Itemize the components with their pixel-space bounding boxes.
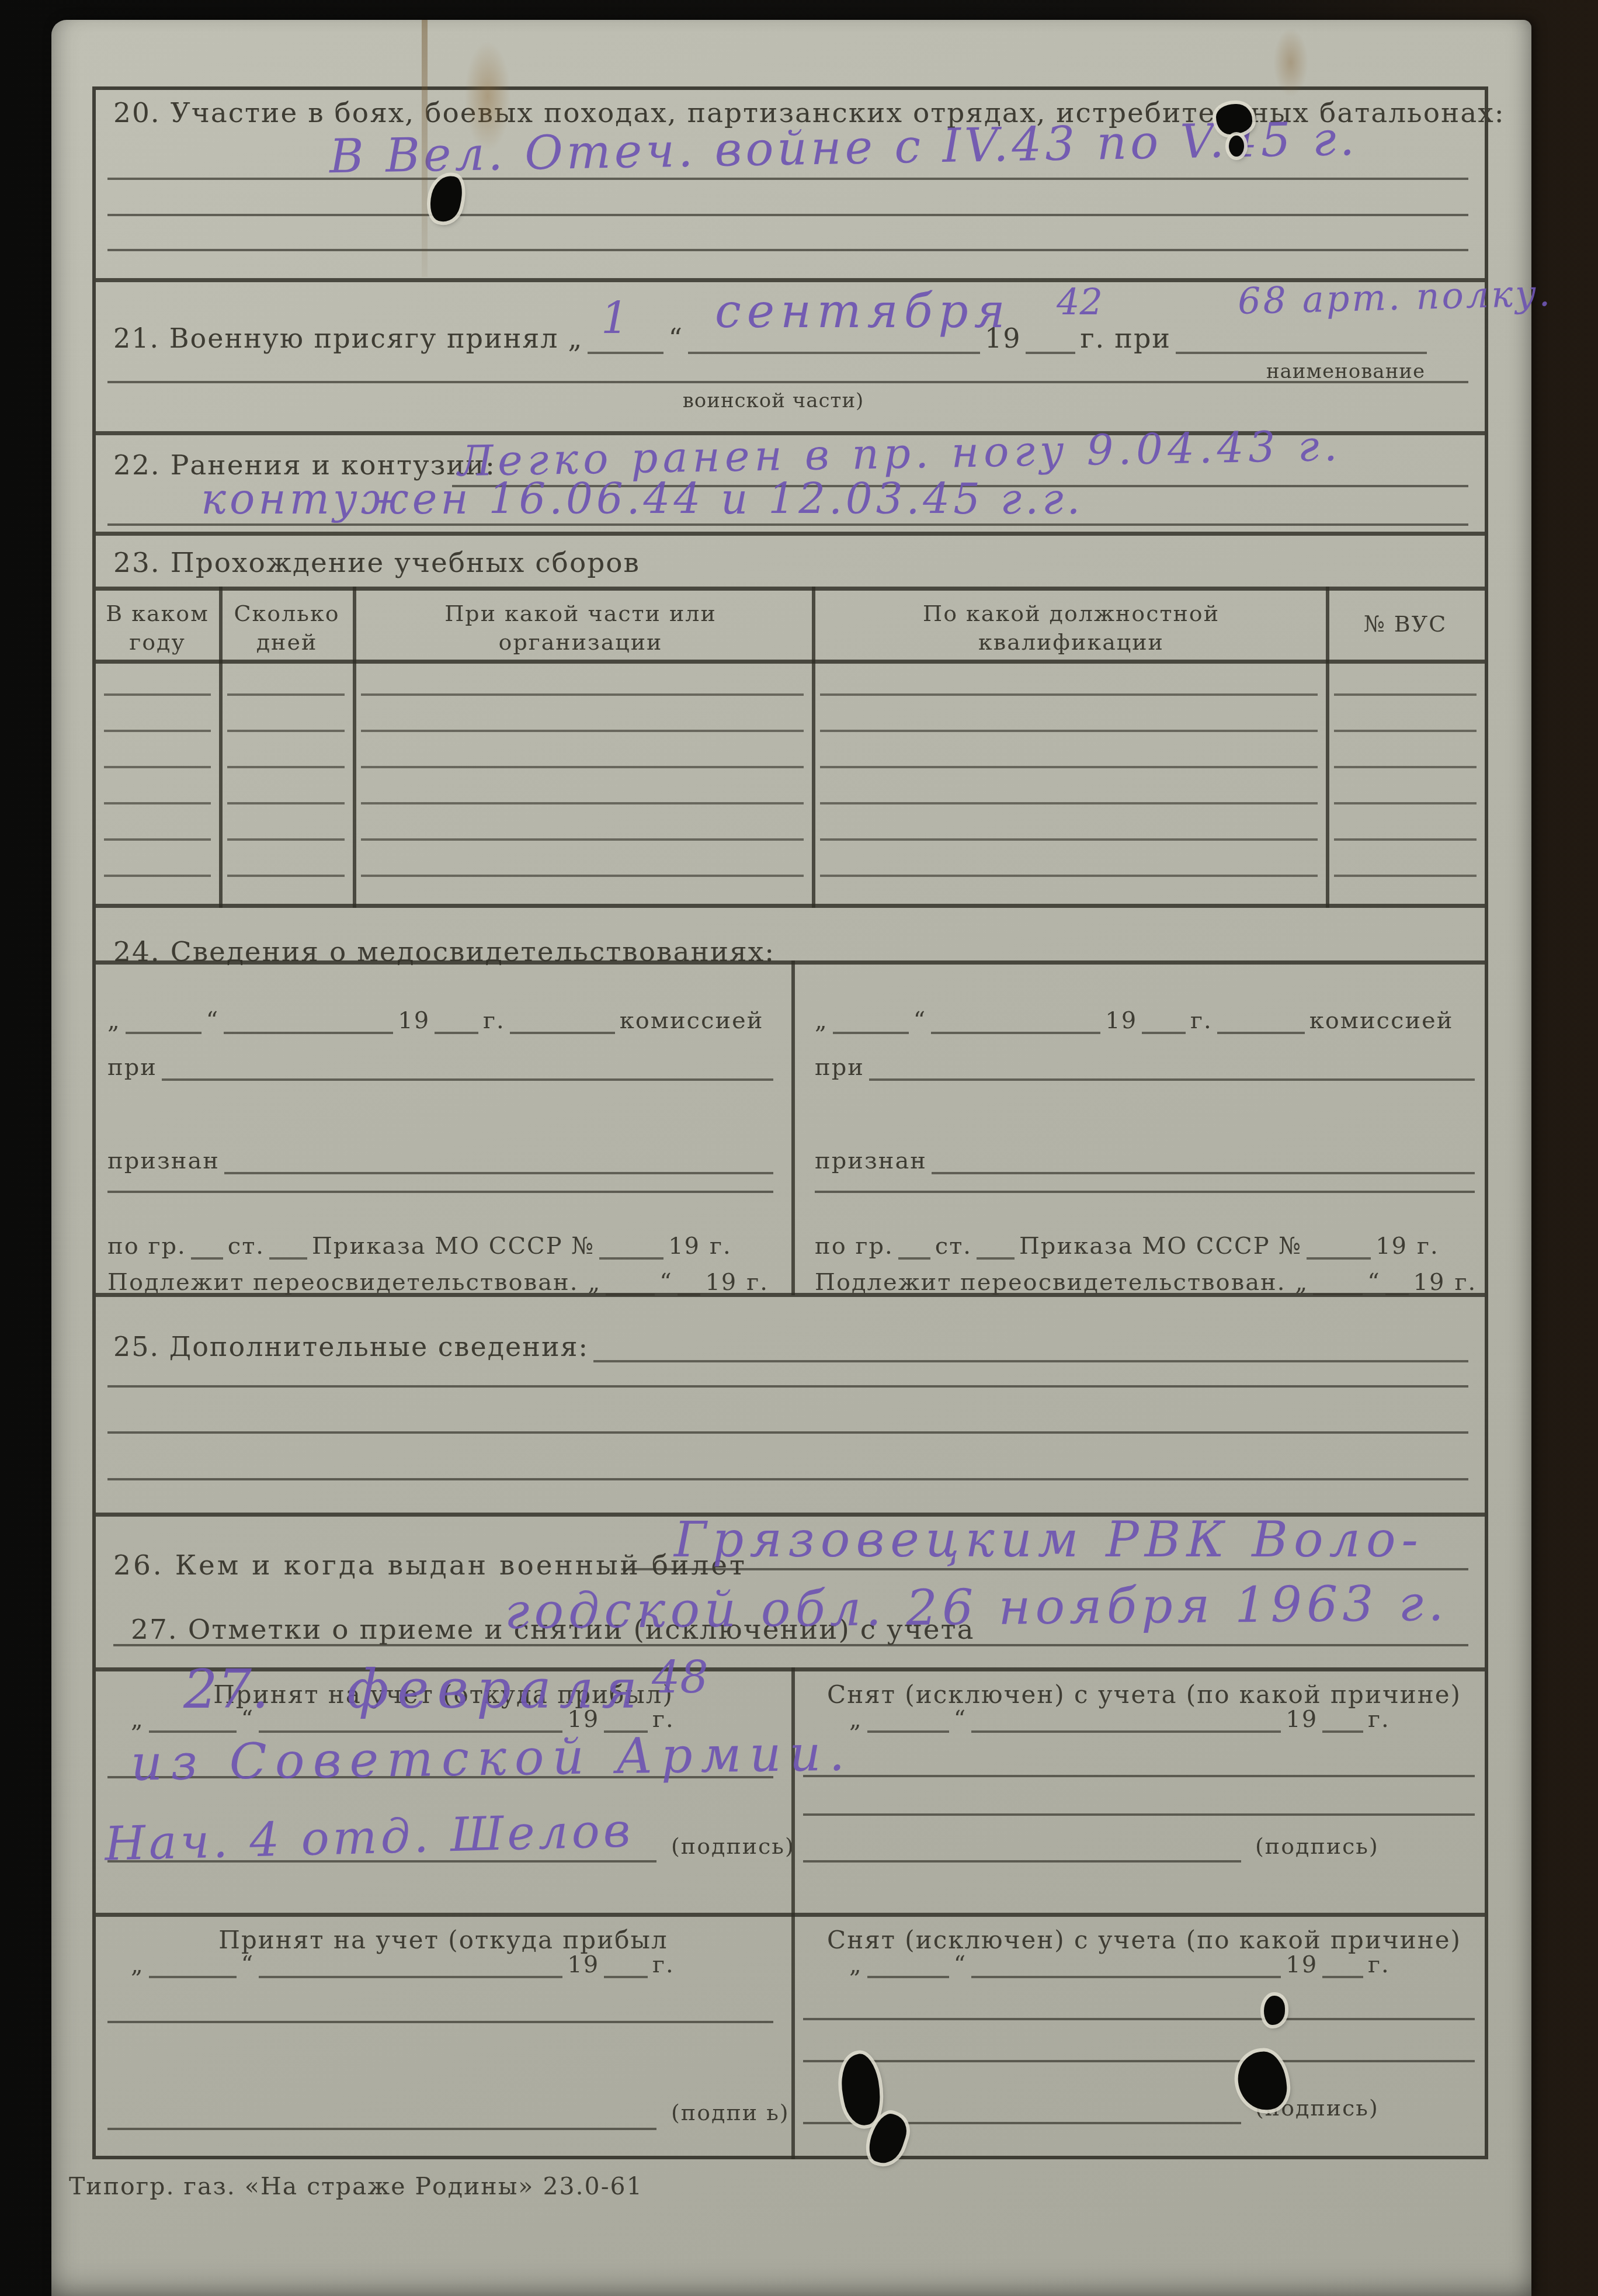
ruled-line (107, 1385, 1468, 1388)
blank (149, 1725, 237, 1733)
scanned-military-card-back: 20. Участие в боях, боевых походах, парт… (0, 0, 1598, 2296)
ruled-line (803, 1813, 1475, 1816)
column-ruled-lines (1334, 660, 1477, 904)
med-priznan-row: признан (815, 1142, 1475, 1174)
hw-issued-by-line2: годской обл. 26 ноября 1963 г. (505, 1574, 1448, 1640)
section-divider (96, 532, 1485, 536)
blank-day (588, 346, 663, 354)
col-header-vus: № ВУС (1326, 611, 1485, 637)
signature-caption: (подпись) (671, 1833, 795, 1859)
blank (1322, 1970, 1363, 1978)
podlezhit-label: Подлежит переосвидетельствован. (815, 1269, 1286, 1295)
blank-unit (1176, 346, 1427, 354)
med-center-divider (791, 960, 795, 1295)
blank (224, 1166, 773, 1174)
year-suffix: г. (1368, 1951, 1390, 1978)
removed-date-row: „ “ 19 г. (849, 1702, 1474, 1733)
hw-accept-month: февраля (347, 1658, 645, 1721)
blank (435, 1026, 478, 1034)
year-prefix: 19 (705, 1269, 737, 1296)
blank (510, 1026, 615, 1034)
ruled-line (113, 1644, 1468, 1646)
med-order-row: по гр. ст. Приказа МО СССР № 19 г. (815, 1227, 1485, 1260)
signature-line (107, 2128, 656, 2130)
blank (593, 1354, 1468, 1362)
accepted-date-row-2: „ “ 19 г. (131, 1948, 762, 1978)
year-suffix: г. (746, 1269, 769, 1296)
year-prefix: 19 (1105, 1007, 1137, 1034)
paper-hole (1229, 136, 1244, 157)
ruled-line (803, 2060, 1475, 2062)
priznan-label: признан (815, 1147, 927, 1174)
year-prefix: 19 (668, 1233, 700, 1260)
signature-caption: (подпись) (1255, 1833, 1379, 1859)
caption-name: наименование (1229, 360, 1462, 383)
blank-year (1026, 346, 1075, 354)
pri-label: при (107, 1054, 157, 1081)
blank (606, 1288, 655, 1296)
open-quote: „ (815, 1007, 828, 1034)
year-prefix: 19 (1375, 1233, 1408, 1260)
ruled-line (107, 1478, 1468, 1480)
close-quote: “ (241, 1951, 254, 1978)
hw-accept-origin: из Советской Армии. (130, 1724, 853, 1791)
blank (1217, 1026, 1305, 1034)
blank (269, 1251, 307, 1260)
blank (259, 1970, 562, 1978)
blank (867, 1970, 949, 1978)
ruled-line (815, 1191, 1475, 1193)
blank-month (688, 346, 980, 354)
close-quote: “ (659, 1269, 672, 1296)
year-prefix: 19 (398, 1007, 430, 1034)
blank (599, 1251, 663, 1260)
ruled-line (107, 2021, 773, 2023)
year-suffix: г. (1190, 1007, 1213, 1034)
year-suffix: г. (1455, 1269, 1477, 1295)
signature-caption-torn: (подпи ь) (671, 2100, 790, 2125)
hw-oath-month: сентября (715, 284, 1011, 338)
blank (869, 1073, 1475, 1081)
form-frame: 20. Участие в боях, боевых походах, парт… (92, 86, 1488, 2159)
blank (224, 1026, 393, 1034)
open-quote: „ (107, 1007, 121, 1034)
blank (1307, 1251, 1371, 1260)
blank (977, 1251, 1015, 1260)
med-pri-row: при (815, 1048, 1475, 1081)
hw-oath-year: 42 (1057, 280, 1103, 323)
ruled-line (107, 249, 1468, 251)
blank (932, 1166, 1475, 1174)
hw-wounds-line2: контужен 16.06.44 и 12.03.45 г.г. (201, 474, 1083, 523)
caption-unit: воинской части) (651, 389, 896, 412)
signature-line (803, 1860, 1241, 1863)
year-prefix: 19 (1413, 1269, 1446, 1295)
table-vline (812, 587, 815, 908)
col-header-days: Сколько дней (223, 599, 351, 657)
hw-oath-day: 1 (601, 293, 628, 344)
paper-stain (464, 41, 511, 152)
ruled-line (621, 1568, 1468, 1570)
blank (162, 1073, 773, 1081)
open-quote: „ (131, 1706, 144, 1733)
table-bottom-border (96, 904, 1485, 908)
close-quote: “ (913, 1007, 926, 1034)
hw-oath-unit: 68 арт. полку. (1237, 272, 1553, 322)
col-header-qualification: По какой должностной квалификации (873, 599, 1270, 657)
open-quote: „ (588, 1269, 601, 1296)
year-prefix: 19 (567, 1951, 599, 1978)
close-quote: “ (954, 1706, 967, 1733)
section23-title: 23. Прохождение учебных сборов (113, 547, 640, 579)
section25-row: 25. Дополнительные сведения: (113, 1333, 1468, 1362)
paper-hole (1216, 104, 1252, 134)
ruled-line (107, 178, 1468, 180)
blank (833, 1026, 909, 1034)
column-ruled-lines (361, 660, 804, 904)
blank (931, 1026, 1100, 1034)
print-shop-imprint: Типогр. газ. «На страже Родины» 23.0-61 (69, 2172, 643, 2200)
med-order-row: по гр. ст. Приказа МО СССР № 19 г. (107, 1227, 773, 1260)
blank (971, 1970, 1281, 1978)
removed-date-row-2: „ “ 19 г. (849, 1948, 1474, 1978)
year-prefix: 19 (1286, 1706, 1318, 1733)
hw-accept-day: 27. (183, 1658, 269, 1721)
year-suffix: г. (1417, 1233, 1439, 1260)
ruled-line (107, 1431, 1468, 1434)
med-reexam-row: Подлежит переосвидетельствован. „ “ 19 г… (815, 1263, 1485, 1295)
blank (604, 1970, 648, 1978)
section25-label: 25. Дополнительные сведения: (113, 1331, 589, 1362)
ruled-line (107, 523, 1468, 526)
year-suffix: г. (710, 1233, 732, 1260)
year-prefix: 19 (1286, 1951, 1318, 1978)
paper-stain (1273, 28, 1308, 97)
column-ruled-lines (820, 660, 1318, 904)
blank (1142, 1026, 1186, 1034)
prikaz-label: Приказа МО СССР № (1019, 1233, 1302, 1260)
blank (1322, 1725, 1363, 1733)
med-pri-row: при (107, 1048, 773, 1081)
open-quote: „ (1295, 1269, 1308, 1295)
st-label: ст. (228, 1233, 265, 1260)
year-suffix: г. (1080, 322, 1105, 354)
priznan-label: признан (107, 1147, 220, 1174)
section26-label: 26. Кем и когда выдан военный билет (113, 1549, 747, 1581)
prikaz-label: Приказа МО СССР № (312, 1233, 595, 1260)
commission-label: комиссией (620, 1007, 764, 1034)
ruled-line (803, 1775, 1475, 1777)
close-quote: “ (206, 1007, 219, 1034)
column-ruled-lines (104, 660, 211, 904)
open-quote: „ (131, 1951, 144, 1978)
blank (1313, 1288, 1363, 1295)
med-reexam-row: Подлежит переосвидетельствован. „ “ 19 г… (107, 1263, 773, 1296)
med-date-row: „ “ 19 г. комиссией (107, 1001, 773, 1034)
ruled-line (107, 1191, 773, 1193)
blank (149, 1970, 237, 1978)
year-suffix: г. (1368, 1706, 1390, 1733)
training-table: В каком году Сколько дней При какой част… (96, 587, 1485, 908)
med-date-row: „ “ 19 г. комиссией (815, 1001, 1485, 1034)
hw-accept-year: 48 (652, 1651, 708, 1703)
paper-sheet: 20. Участие в боях, боевых походах, парт… (51, 20, 1531, 2296)
table-vline (353, 587, 356, 908)
hw-issued-by-line1: Грязовецким РВК Воло- (674, 1511, 1424, 1568)
close-quote: “ (954, 1951, 967, 1978)
open-quote: „ (568, 322, 583, 354)
blank (971, 1725, 1281, 1733)
ruled-line (107, 214, 1468, 216)
reg-table-mid (96, 1913, 1485, 1917)
med-right-column: „ “ 19 г. комиссией при признан (803, 960, 1485, 1295)
blank (191, 1251, 223, 1260)
table-top-border (96, 587, 1485, 591)
podlezhit-label: Подлежит переосвидетельствован. (107, 1269, 578, 1296)
ruled-line (803, 2018, 1475, 2020)
col-header-unit: При какой части или организации (399, 599, 762, 657)
paper-crease (422, 20, 428, 277)
pri-label: при (1114, 322, 1171, 354)
st-label: ст. (935, 1233, 972, 1260)
blank (1385, 1288, 1409, 1295)
med-priznan-row: признан (107, 1142, 773, 1174)
open-quote: „ (849, 1951, 863, 1978)
section21-label: 21. Военную присягу принял (113, 322, 559, 354)
blank (678, 1288, 701, 1296)
po-gr-label: по гр. (815, 1233, 894, 1260)
col-header-year: В каком году (96, 599, 219, 657)
commission-label: комиссией (1309, 1007, 1454, 1034)
blank (898, 1251, 930, 1260)
ruled-line (107, 381, 1468, 383)
pri-label: при (815, 1054, 864, 1081)
po-gr-label: по гр. (107, 1233, 186, 1260)
close-quote: “ (1367, 1269, 1380, 1295)
blank (126, 1026, 202, 1034)
column-ruled-lines (227, 660, 345, 904)
close-quote: “ (668, 322, 683, 354)
blank (867, 1725, 949, 1733)
reg-table-top (96, 1667, 1485, 1671)
year-suffix: г. (483, 1007, 505, 1034)
year-suffix: г. (652, 1951, 675, 1978)
